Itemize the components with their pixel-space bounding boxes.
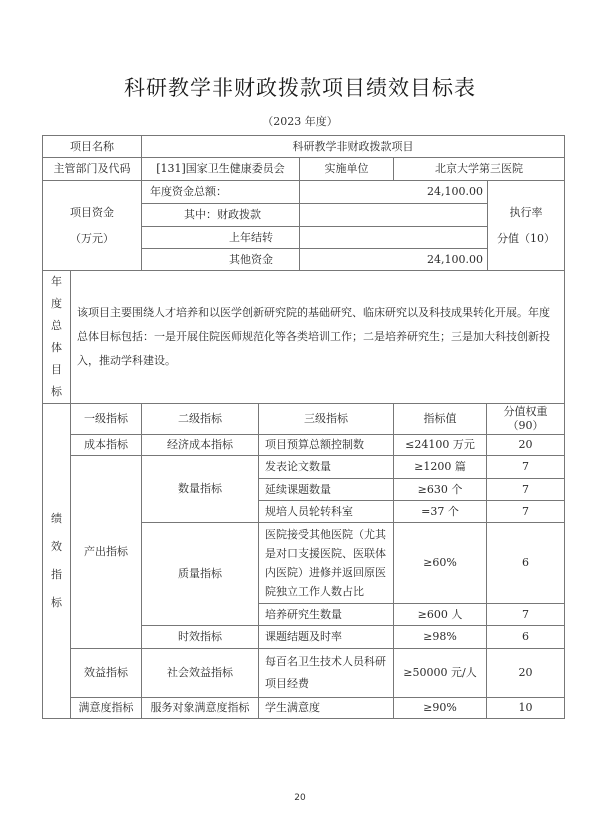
implementing-unit-label: 实施单位 [300,158,394,181]
header-value: 指标值 [394,404,487,435]
output-level1: 产出指标 [71,456,142,649]
level3-cell: 每百名卫生技术人员科研项目经费 [259,649,394,698]
funding-fiscal-label: 其中：财政拨款 [142,204,300,227]
value-cell: ≥630 个 [394,479,487,501]
level3-cell: 发表论文数量 [259,456,394,479]
output-quality-level2: 质量指标 [142,523,259,626]
department-value: [131]国家卫生健康委员会 [142,158,300,181]
annual-goal-label-char: 度 [43,293,70,315]
annual-goal-label: 年 度 总 体 目 标 [43,271,71,404]
page-title: 科研教学非财政拨款项目绩效目标表 [0,72,600,102]
project-name-value: 科研教学非财政拨款项目 [142,136,565,158]
cost-level2: 经济成本指标 [142,435,259,456]
weight-cell: 7 [487,456,565,479]
annual-goal-label-char: 总 [43,315,70,337]
value-cell: ≥600 人 [394,604,487,626]
annual-goal-label-char: 目 [43,359,70,381]
weight-cell: 6 [487,523,565,604]
value-cell: ≥90% [394,698,487,719]
level3-cell: 学生满意度 [259,698,394,719]
execution-rate-label: 执行率 分值（10） [488,181,565,271]
satisfaction-level2: 服务对象满意度指标 [142,698,259,719]
funding-fiscal-value [300,204,488,227]
department-label: 主管部门及代码 [43,158,142,181]
cost-level1: 成本指标 [71,435,142,456]
annual-goal-label-char: 年 [43,271,70,293]
weight-cell: 10 [487,698,565,719]
level3-cell: 医院接受其他医院（尤其是对口支援医院、医联体内医院）进修并返回原医院独立工作人数… [259,523,394,604]
annual-goal-label-char: 标 [43,381,70,403]
funding-total-label: 年度资金总额： [142,181,300,204]
execution-rate-line2: 分值（10） [492,226,560,252]
header-level3: 三级指标 [259,404,394,435]
annual-goal-text: 该项目主要围绕人才培养和以医学创新研究院的基础研究、临床研究以及科技成果转化开展… [71,271,565,404]
funding-row-total: 项目资金 （万元） 年度资金总额： 24,100.00 执行率 分值（10） [43,181,565,204]
funding-label-line2: （万元） [47,226,137,252]
weight-cell: 20 [487,435,565,456]
project-name-label: 项目名称 [43,136,142,158]
funding-other-value: 24,100.00 [300,249,488,271]
weight-cell: 7 [487,479,565,501]
output-timeliness-level2: 时效指标 [142,626,259,649]
weight-cell: 7 [487,501,565,523]
value-cell: =37 个 [394,501,487,523]
level3-cell: 课题结题及时率 [259,626,394,649]
value-cell: ≥98% [394,626,487,649]
weight-cell: 7 [487,604,565,626]
annual-goal-row: 年 度 总 体 目 标 该项目主要围绕人才培养和以医学创新研究院的基础研究、临床… [43,271,565,404]
funding-label-line1: 项目资金 [47,200,137,226]
value-cell: ≤24100 万元 [394,435,487,456]
funding-carryover-label: 上年结转 [142,227,300,249]
section-label-char: 绩 [43,505,70,533]
header-weight-line2: （90） [491,419,560,433]
table-row: 效益指标 社会效益指标 每百名卫生技术人员科研项目经费 ≥50000 元/人 2… [43,649,565,698]
table-row: 满意度指标 服务对象满意度指标 学生满意度 ≥90% 10 [43,698,565,719]
performance-indicators-label: 绩 效 指 标 [43,404,71,719]
page-number: 20 [0,793,600,803]
value-cell: ≥60% [394,523,487,604]
implementing-unit-value: 北京大学第三医院 [394,158,565,181]
funding-carryover-value [300,227,488,249]
funding-other-label: 其他资金 [142,249,300,271]
indicators-header-row: 绩 效 指 标 一级指标 二级指标 三级指标 指标值 分值权重 （90） [43,404,565,435]
header-level1: 一级指标 [71,404,142,435]
level3-cell: 项目预算总额控制数 [259,435,394,456]
output-quantity-level2: 数量指标 [142,456,259,523]
header-weight: 分值权重 （90） [487,404,565,435]
weight-cell: 20 [487,649,565,698]
weight-cell: 6 [487,626,565,649]
section-label-char: 效 [43,533,70,561]
satisfaction-level1: 满意度指标 [71,698,142,719]
project-name-row: 项目名称 科研教学非财政拨款项目 [43,136,565,158]
benefit-level1: 效益指标 [71,649,142,698]
execution-rate-line1: 执行率 [492,200,560,226]
header-level2: 二级指标 [142,404,259,435]
page-subtitle-year: （2023 年度） [0,113,600,129]
benefit-level2: 社会效益指标 [142,649,259,698]
project-info-table: 项目名称 科研教学非财政拨款项目 主管部门及代码 [131]国家卫生健康委员会 … [42,135,565,404]
value-cell: ≥50000 元/人 [394,649,487,698]
level3-cell: 培养研究生数量 [259,604,394,626]
table-row: 成本指标 经济成本指标 项目预算总额控制数 ≤24100 万元 20 [43,435,565,456]
section-label-char: 标 [43,589,70,617]
department-row: 主管部门及代码 [131]国家卫生健康委员会 实施单位 北京大学第三医院 [43,158,565,181]
header-weight-line1: 分值权重 [491,405,560,419]
section-label-char: 指 [43,561,70,589]
table-row: 产出指标 数量指标 发表论文数量 ≥1200 篇 7 [43,456,565,479]
annual-goal-label-char: 体 [43,337,70,359]
level3-cell: 规培人员轮转科室 [259,501,394,523]
funding-total-value: 24,100.00 [300,181,488,204]
funding-label: 项目资金 （万元） [43,181,142,271]
level3-cell: 延续课题数量 [259,479,394,501]
performance-indicators-table: 绩 效 指 标 一级指标 二级指标 三级指标 指标值 分值权重 （90） 成本指… [42,403,565,719]
value-cell: ≥1200 篇 [394,456,487,479]
